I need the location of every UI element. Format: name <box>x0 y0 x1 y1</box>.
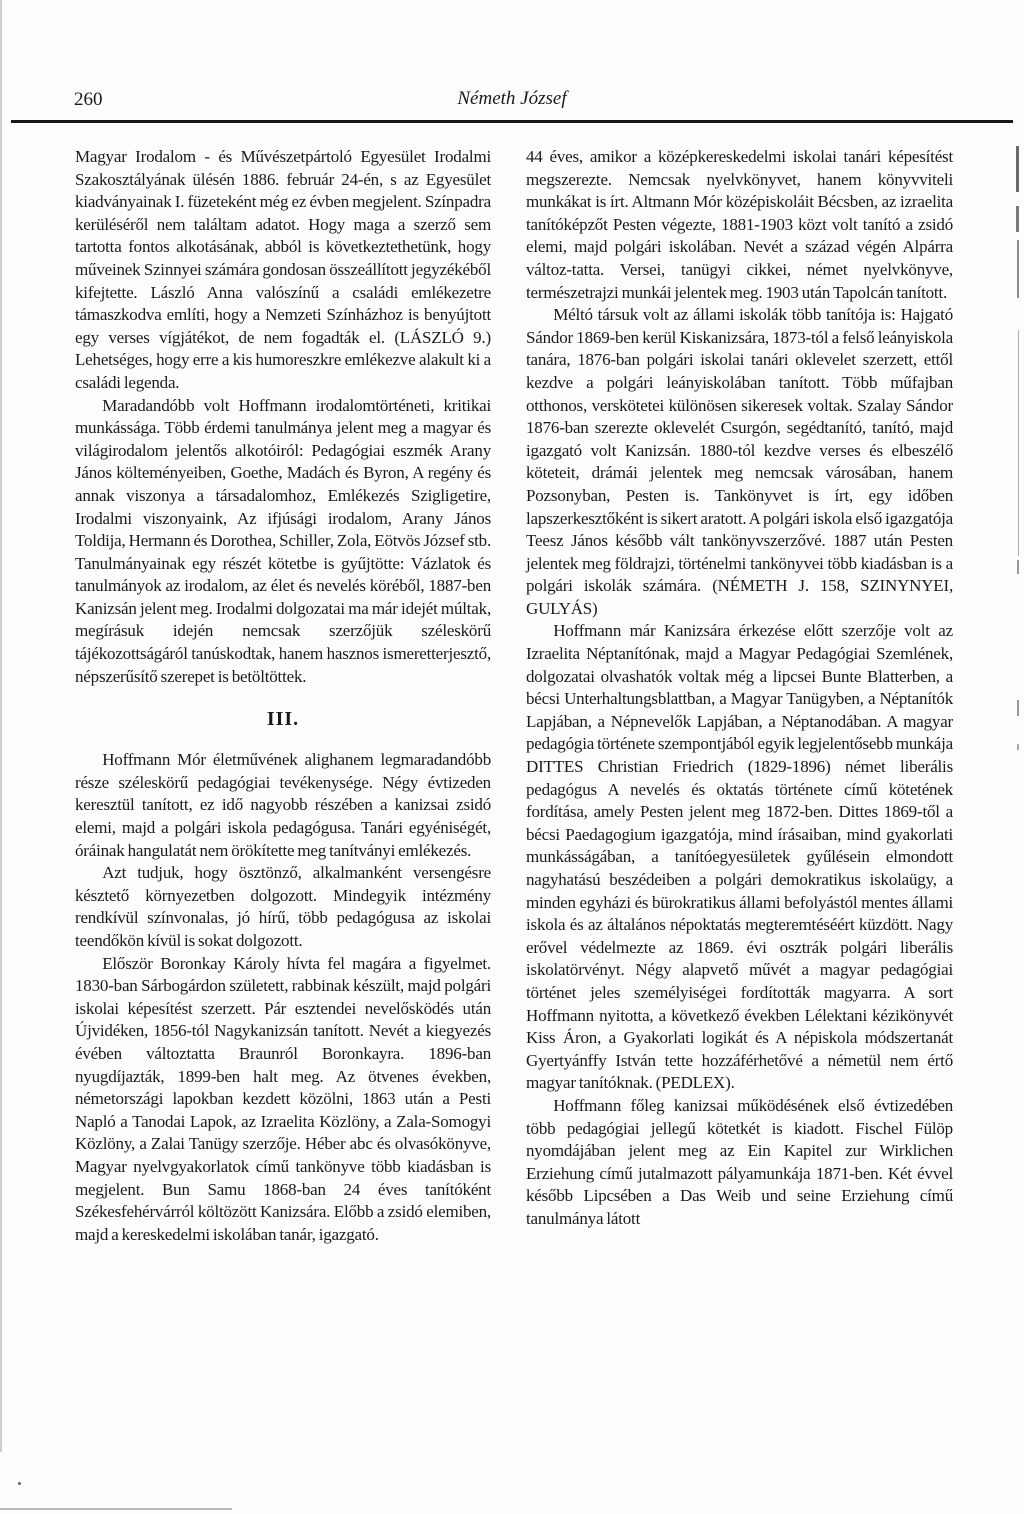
scan-artifact <box>1017 560 1019 574</box>
scan-artifact <box>1016 206 1019 232</box>
scan-artifact <box>18 1482 21 1485</box>
paragraph: Hoffmann Mór életművének alighanem legma… <box>75 749 491 862</box>
scan-artifact <box>1017 744 1019 750</box>
scan-artifact <box>1018 330 1019 556</box>
paragraph: Hoffmann már Kanizsára érkezése előtt sz… <box>526 620 953 1094</box>
scan-artifact <box>0 0 2 1452</box>
running-title: Németh József <box>0 87 1024 111</box>
paragraph: Maradandóbb volt Hoffmann irodalomtörtén… <box>75 395 491 689</box>
scan-artifact <box>0 1508 232 1510</box>
left-column: Magyar Irodalom - és Művészetpártoló Egy… <box>75 146 491 1246</box>
paragraph: Azt tudjuk, hogy ösztönző, alkalmanként … <box>75 862 491 952</box>
scan-artifact <box>1017 700 1019 716</box>
paragraph: Méltó társuk volt az állami iskolák több… <box>526 304 953 620</box>
section-heading: III. <box>75 708 491 731</box>
paragraph: 44 éves, amikor a középkereskedelmi isko… <box>526 146 953 304</box>
right-column: 44 éves, amikor a középkereskedelmi isko… <box>526 146 953 1246</box>
paragraph: Magyar Irodalom - és Művészetpártoló Egy… <box>75 146 491 395</box>
scan-artifact <box>1016 146 1019 192</box>
scan-artifact <box>1017 240 1019 298</box>
paragraph: Először Boronkay Károly hívta fel magára… <box>75 953 491 1247</box>
header-rule <box>11 120 1013 123</box>
document-page: 260 Németh József Magyar Irodalom - és M… <box>0 0 1024 1514</box>
paragraph: Hoffmann főleg kanizsai működésének első… <box>526 1095 953 1231</box>
text-columns: Magyar Irodalom - és Művészetpártoló Egy… <box>75 146 953 1246</box>
